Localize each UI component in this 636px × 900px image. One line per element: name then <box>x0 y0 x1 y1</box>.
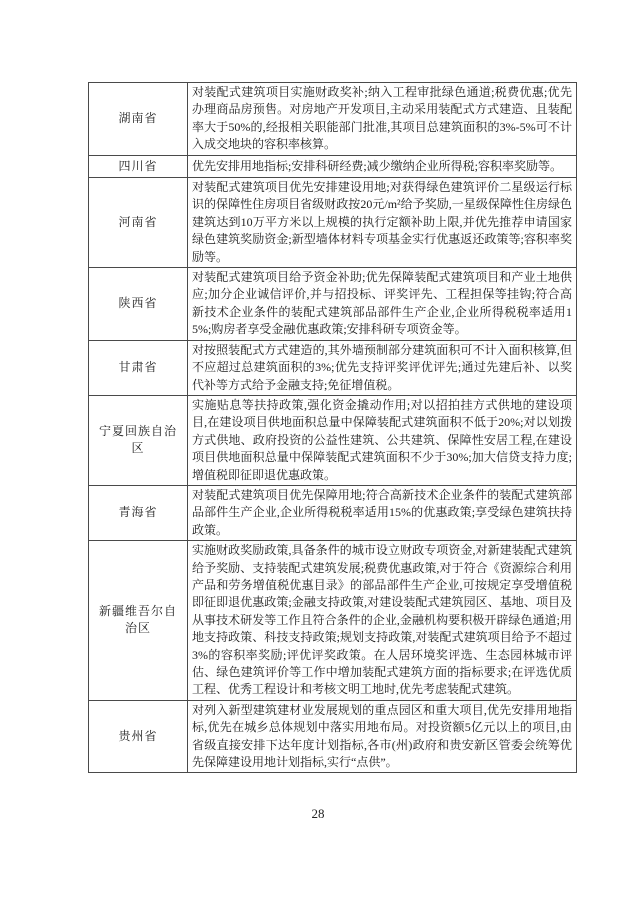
policy-text: 对列入新型建筑建材业发展规划的重点园区和重大项目,优先安排用地指标,优先在城乡总… <box>188 700 577 773</box>
table-row: 陕西省 对装配式建筑项目给予资金补助;优先保障装配式建筑项目和产业土地供应;加分… <box>89 268 577 341</box>
table-row: 贵州省 对列入新型建筑建材业发展规划的重点园区和重大项目,优先安排用地指标,优先… <box>89 700 577 773</box>
table-row: 甘肃省 对按照装配式方式建造的,其外墙预制部分建筑面积可不计入面积核算,但不应超… <box>89 340 577 395</box>
table-row: 湖南省 对装配式建筑项目实施财政奖补;纳入工程审批绿色通道;税费优惠;优先办理商… <box>89 83 577 156</box>
province-name: 青海省 <box>89 485 188 540</box>
table-row: 宁夏回族自治区 实施贴息等扶持政策,强化资金撬动作用;对以招拍挂方式供地的建设项… <box>89 395 577 485</box>
table-row: 青海省 对装配式建筑项目优先保障用地;符合高新技术企业条件的装配式建筑部品部件生… <box>89 485 577 540</box>
province-policy-table: 湖南省 对装配式建筑项目实施财政奖补;纳入工程审批绿色通道;税费优惠;优先办理商… <box>88 82 577 773</box>
province-name: 新疆维吾尔自治区 <box>89 541 188 701</box>
policy-text: 对装配式建筑项目给予资金补助;优先保障装配式建筑项目和产业土地供应;加分企业诚信… <box>188 268 577 341</box>
policy-text: 实施贴息等扶持政策,强化资金撬动作用;对以招拍挂方式供地的建设项目,在建设项目供… <box>188 395 577 485</box>
province-name: 四川省 <box>89 155 188 177</box>
policy-text: 对装配式建筑项目优先保障用地;符合高新技术企业条件的装配式建筑部品部件生产企业,… <box>188 485 577 540</box>
province-name: 宁夏回族自治区 <box>89 395 188 485</box>
policy-text: 对装配式建筑项目实施财政奖补;纳入工程审批绿色通道;税费优惠;优先办理商品房预售… <box>188 83 577 156</box>
table-row: 新疆维吾尔自治区 实施财政奖励政策,具备条件的城市设立财政专项资金,对新建装配式… <box>89 541 577 701</box>
province-name: 陕西省 <box>89 268 188 341</box>
province-name: 贵州省 <box>89 700 188 773</box>
policy-text: 优先安排用地指标;安排科研经费;减少缴纳企业所得税;容积率奖励等。 <box>188 155 577 177</box>
policy-text: 对装配式建筑项目优先安排建设用地;对获得绿色建筑评价二星级运行标识的保障性住房项… <box>188 178 577 268</box>
page-number: 28 <box>0 806 636 822</box>
table-row: 河南省 对装配式建筑项目优先安排建设用地;对获得绿色建筑评价二星级运行标识的保障… <box>89 178 577 268</box>
document-page: 湖南省 对装配式建筑项目实施财政奖补;纳入工程审批绿色通道;税费优惠;优先办理商… <box>0 0 636 900</box>
province-name: 甘肃省 <box>89 340 188 395</box>
table-row: 四川省 优先安排用地指标;安排科研经费;减少缴纳企业所得税;容积率奖励等。 <box>89 155 577 177</box>
province-name: 湖南省 <box>89 83 188 156</box>
policy-text: 实施财政奖励政策,具备条件的城市设立财政专项资金,对新建装配式建筑给予奖励、支持… <box>188 541 577 701</box>
province-name: 河南省 <box>89 178 188 268</box>
policy-text: 对按照装配式方式建造的,其外墙预制部分建筑面积可不计入面积核算,但不应超过总建筑… <box>188 340 577 395</box>
